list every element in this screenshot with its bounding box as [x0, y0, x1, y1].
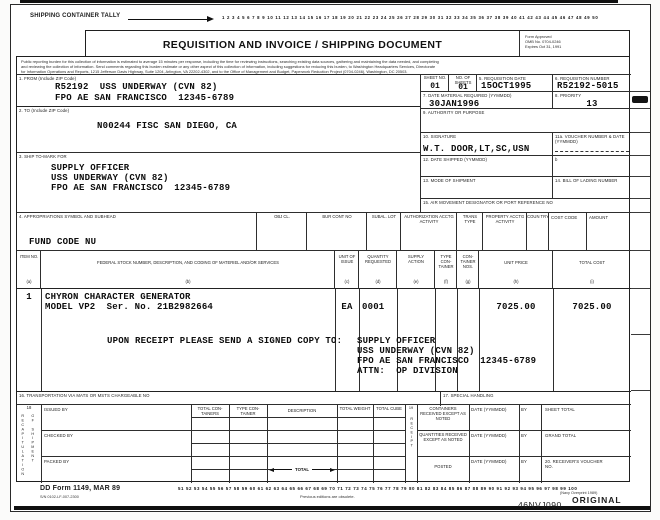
block-ship-to: 3. SHIP TO-MARK FOR SUPPLY OFFICER USS U… [17, 153, 421, 213]
title-bar: REQUISITION AND INVOICE / SHIPPING DOCUM… [85, 30, 630, 57]
item-unit-price-value: 7025.00 [479, 303, 553, 312]
item-unit-value: EA [335, 303, 359, 312]
recap-rule-8 [417, 405, 418, 483]
block-from: 1. FROM (Include ZIP Code) R52192 USS UN… [17, 75, 421, 107]
header-container-nos: CON- TAINER NOS. (g) [457, 251, 479, 289]
sheet-total-label: SHEET TOTAL [545, 407, 575, 412]
tally-arrow [128, 19, 208, 20]
cell-no-of-sheets: NO. OF SHEETS 01 [449, 75, 477, 92]
header-supply-action-label: SUPPLY ACTION [401, 255, 431, 265]
row-mode-lading: 13. MODE OF SHIPMENT 14. BILL OF LADING … [421, 177, 631, 199]
amount-label: AMOUNT [589, 215, 608, 220]
requisition-number-value: R52192-5015 [557, 82, 619, 91]
air-movement-label: 15. AIR MOVEMENT DESIGNATOR OR PORT REFE… [423, 200, 553, 205]
note-line4: FPO AE SAN FRANCISCO 12345-6789 [357, 357, 536, 366]
margin-tick-8 [631, 250, 650, 251]
appropriations-label: 4. APPROPRIATIONS SYMBOL AND SUBHEAD [19, 214, 116, 219]
recap-rule-9 [469, 405, 470, 483]
date-label-row1: DATE (YYMMDD) [471, 407, 507, 412]
total-cube-label: TOTAL CUBE [375, 407, 403, 412]
authority-label: 9. AUTHORITY OR PURPOSE [423, 110, 484, 115]
form-body: Public reporting burden for this collect… [16, 56, 630, 482]
signature-value: W.T. DOOR,LT,SC,USN [423, 145, 529, 154]
header-item-no: ITEM NO. (a) [17, 251, 41, 289]
recap-row-rule-1a [41, 430, 405, 431]
cell-voucher-b: b [553, 156, 631, 177]
voucher-number-label: 11a. VOUCHER NUMBER & DATE (YYMMDD) [555, 134, 629, 144]
item-total-cost-value: 7025.00 [553, 303, 631, 312]
tally-label: SHIPPING CONTAINER TALLY [30, 13, 120, 19]
scan-edge-top [20, 0, 618, 3]
no-of-sheets-value: 01 [449, 84, 477, 92]
cell-priority: 8. PRIORITY 13 [553, 92, 631, 109]
transportation-label: 16. TRANSPORTATION VIA MATS OR MSTS CHAR… [19, 393, 150, 398]
cell-bill-of-lading: 14. BILL OF LADING NUMBER [553, 177, 631, 199]
row-sheet-reqn: SHEET NO. 01 NO. OF SHEETS 01 5. REQUISI… [421, 75, 631, 92]
header-item-no-label: ITEM NO. [17, 255, 41, 260]
header-description-label: FEDERAL STOCK NUMBER, DESCRIPTION, AND C… [41, 261, 335, 266]
items-table-header: ITEM NO. (a) FEDERAL STOCK NUMBER, DESCR… [17, 251, 631, 289]
header-supply-action: SUPPLY ACTION (e) [397, 251, 435, 289]
margin-tick-9 [631, 288, 650, 289]
header-description: FEDERAL STOCK NUMBER, DESCRIPTION, AND C… [41, 251, 335, 289]
header-type-container-letter: (f) [435, 280, 457, 285]
recap-row-rule-2b [417, 456, 631, 457]
burden-line3: for Information Operations and Reports, … [21, 69, 627, 74]
scan-smudge [632, 96, 648, 103]
header-total-cost: TOTAL COST (i) [553, 251, 631, 289]
cell-requisition-date: 5. REQUISITION DATE 15OCT1995 [477, 75, 553, 92]
to-value: N00244 FISC SAN DIEGO, CA [97, 122, 237, 131]
cell-subal-lot: SUBAL. LOT [367, 213, 401, 251]
from-label: 1. FROM (Include ZIP Code) [19, 76, 76, 81]
auth-acctg-label: AUTHORIZATION ACCTG ACTIVITY [403, 215, 455, 225]
header-quantity-label: QUANTITY REQUESTED [363, 255, 393, 265]
item-qty-value: 0001 [362, 303, 384, 312]
cell-country: COUN TRY [527, 213, 549, 251]
quantities-received-label: QUANTITIES RECEIVED EXCEPT AS NOTED [419, 433, 467, 443]
row-material-priority: 7. DATE MATERIAL REQUIRED (YYMMDD) 30JAN… [421, 92, 631, 109]
bur-cont-no-label: BUR CONT NO [307, 215, 367, 220]
tally-numbers: 1 2 3 4 5 6 7 8 9 10 11 12 13 14 15 16 1… [222, 15, 599, 20]
voucher-dashed-line [555, 151, 629, 152]
by-label-row3: BY [521, 459, 527, 464]
date-label-row2: DATE (YYMMDD) [471, 433, 507, 438]
cell-date-shipped: 12. DATE SHIPPED (YYMMDD) [421, 156, 553, 177]
burden-statement: Public reporting burden for this collect… [17, 57, 631, 75]
item-no-value: 1 [17, 293, 41, 302]
header-quantity-letter: (d) [359, 280, 397, 285]
by-label-row1: BY [521, 407, 527, 412]
bill-of-lading-label: 14. BILL OF LADING NUMBER [555, 178, 618, 183]
type-container-label: TYPE CON- TAINER [231, 407, 265, 417]
ship-to-label: 3. SHIP TO-MARK FOR [19, 154, 67, 159]
recap-rule-11 [541, 405, 542, 483]
cell-property-acctg: PROPERTY ACCTG ACTIVITY [483, 213, 527, 251]
sheet-no-value: 01 [421, 83, 449, 91]
recap-mid-rule-2 [191, 443, 405, 444]
ship-to-line2: USS UNDERWAY (CVN 82) [51, 174, 169, 183]
margin-tick-10 [631, 334, 650, 335]
priority-label: 8. PRIORITY [555, 93, 581, 98]
cell-sheet-no: SHEET NO. 01 [421, 75, 449, 92]
recap-mid-rule-1 [191, 417, 405, 418]
cell-date-material-required: 7. DATE MATERIAL REQUIRED (YYMMDD) 30JAN… [421, 92, 553, 109]
checked-by-label: CHECKED BY [44, 433, 73, 438]
special-handling-label: 17. SPECIAL HANDLING [443, 393, 494, 398]
mode-of-shipment-label: 13. MODE OF SHIPMENT [423, 178, 476, 183]
cell-appropriations: 4. APPROPRIATIONS SYMBOL AND SUBHEAD FUN… [17, 213, 257, 251]
previous-editions-note: Previous editions are obsolete. [300, 494, 355, 499]
note-line2: SUPPLY OFFICER [357, 337, 435, 346]
recap-rule-7 [405, 405, 406, 483]
row-transportation-special: 16. TRANSPORTATION VIA MATS OR MSTS CHAR… [17, 391, 631, 405]
header-unit-of-issue-letter: (c) [335, 280, 359, 285]
margin-tick-1 [631, 91, 650, 92]
ship-to-line3: FPO AE SAN FRANCISCO 12345-6789 [51, 184, 230, 193]
header-description-letter: (b) [41, 280, 335, 285]
scanned-dd-form-1149: { "scan": { "copy": "ORIGINAL", "code": … [0, 0, 660, 520]
signature-label: 10. SIGNATURE [423, 134, 456, 139]
margin-tick-5 [631, 176, 650, 177]
requisition-date-value: 15OCT1995 [481, 82, 531, 91]
cell-special-handling: 17. SPECIAL HANDLING [441, 392, 631, 406]
header-unit-price-label: UNIT PRICE [479, 261, 553, 266]
header-unit-of-issue: UNIT OF ISSUE (c) [335, 251, 359, 289]
containers-received-label: CONTAINERS RECEIVED EXCEPT AS NOTED [419, 407, 467, 421]
issued-by-label: ISSUED BY [44, 407, 68, 412]
recap-vertical-label-1: RECAPITULATION [20, 414, 24, 482]
packed-by-label: PACKED BY [44, 459, 69, 464]
receipt-number: 19 [405, 406, 417, 410]
sheet-no-label: SHEET NO. [421, 76, 449, 81]
priority-value: 13 [553, 100, 631, 109]
header-container-nos-letter: (g) [457, 280, 479, 285]
margin-tick-6 [631, 198, 650, 199]
total-arrow-label: TOTAL [292, 467, 312, 472]
header-unit-price-letter: (h) [479, 280, 553, 285]
header-type-container: TYPE CON- TAINER (f) [435, 251, 457, 289]
margin-tick-3 [631, 132, 650, 133]
row-appropriations: 4. APPROPRIATIONS SYMBOL AND SUBHEAD FUN… [17, 213, 631, 251]
country-label: COUN TRY [527, 215, 549, 220]
recap-receipt-grid: 18 RECAPITULATION OF SHIPMENT ISSUED BY … [17, 405, 631, 483]
form-approved-box: Form Approved OMB No. 0704-0246 Expires … [519, 31, 631, 58]
ship-to-line1: SUPPLY OFFICER [51, 164, 129, 173]
total-arrow-right-icon [330, 468, 335, 472]
recap-number: 18 [17, 406, 41, 411]
stock-number: S/N 0102-LF-007-2300 [40, 495, 79, 499]
header-type-container-label: TYPE CON- TAINER [436, 255, 456, 269]
receivers-voucher-label: 20. RECEIVER'S VOUCHER NO. [545, 459, 605, 469]
cell-air-movement: 15. AIR MOVEMENT DESIGNATOR OR PORT REFE… [421, 199, 631, 213]
margin-tick-2 [631, 108, 650, 109]
cell-authority-or-purpose: 9. AUTHORITY OR PURPOSE [421, 109, 631, 133]
document-code: 46NVJ090 [518, 500, 562, 510]
header-supply-action-letter: (e) [397, 280, 435, 285]
note-line1: UPON RECEIPT PLEASE SEND A SIGNED COPY T… [107, 337, 342, 346]
cell-voucher-number: 11a. VOUCHER NUMBER & DATE (YYMMDD) [553, 133, 631, 156]
by-label-row2: BY [521, 433, 527, 438]
header-total-cost-letter: (i) [553, 280, 631, 285]
footer-numbers: 51 52 53 54 55 56 57 58 59 60 61 62 63 6… [178, 486, 577, 491]
cost-code-label: COST CODE [551, 215, 577, 220]
margin-tick-7 [631, 212, 650, 213]
margin-tick-11 [631, 390, 650, 391]
grand-total-label: GRAND TOTAL [545, 433, 576, 438]
cell-trans-type: TRANS TYPE [457, 213, 483, 251]
recap-rule-1 [41, 405, 42, 483]
margin-tick-4 [631, 155, 650, 156]
note-line5: ATTN: OP DIVISION [357, 367, 458, 376]
form-id: DD Form 1149, MAR 89 [40, 485, 120, 492]
subal-lot-label: SUBAL. LOT [367, 215, 401, 220]
cell-auth-acctg: AUTHORIZATION ACCTG ACTIVITY [401, 213, 457, 251]
header-quantity: QUANTITY REQUESTED (d) [359, 251, 397, 289]
from-value-line1: R52192 USS UNDERWAY (CVN 82) [55, 83, 217, 92]
header-container-nos-label: CON- TAINER NOS. [458, 255, 478, 269]
note-line3: USS UNDERWAY (CVN 82) [357, 347, 475, 356]
header-unit-of-issue-label: UNIT OF ISSUE [337, 255, 357, 265]
from-value-line2: FPO AE SAN FRANCISCO 12345-6789 [55, 94, 234, 103]
recap-row-rule-2a [41, 456, 405, 457]
tally-arrow-head-icon [207, 16, 214, 22]
item-description-line2: MODEL VP2 Ser. No. 21B2982664 [45, 303, 213, 312]
receipt-vertical-label: RECEIPT [409, 417, 413, 477]
item-description-line1: CHYRON CHARACTER GENERATOR [45, 293, 191, 302]
header-item-no-letter: (a) [17, 280, 41, 285]
to-label: 2. TO (Include ZIP Code) [19, 108, 69, 113]
posted-label: POSTED [419, 465, 467, 470]
date-material-required-label: 7. DATE MATERIAL REQUIRED (YYMMDD) [423, 93, 512, 98]
date-material-required-value: 30JAN1996 [429, 100, 479, 109]
cell-cost-code: COST CODE [549, 213, 587, 251]
cell-obj-cl: OBJ CL. [257, 213, 307, 251]
date-label-row3: DATE (YYMMDD) [471, 459, 507, 464]
total-arrow: TOTAL [269, 465, 335, 474]
header-unit-price: UNIT PRICE (h) [479, 251, 553, 289]
description-label: DESCRIPTION [267, 409, 337, 414]
voucher-b-label: b [555, 157, 558, 162]
form-title: REQUISITION AND INVOICE / SHIPPING DOCUM… [86, 39, 519, 51]
row-signature-voucher: 10. SIGNATURE W.T. DOOR,LT,SC,USN 11a. V… [421, 133, 631, 156]
cell-amount: AMOUNT [587, 213, 631, 251]
trans-type-label: TRANS TYPE [457, 215, 483, 225]
cell-signature: 10. SIGNATURE W.T. DOOR,LT,SC,USN [421, 133, 553, 156]
cell-transportation: 16. TRANSPORTATION VIA MATS OR MSTS CHAR… [17, 392, 441, 406]
cell-requisition-number: 6. REQUISITION NUMBER R52192-5015 [553, 75, 631, 92]
cell-bur-cont-no: BUR CONT NO [307, 213, 367, 251]
obj-cl-label: OBJ CL. [257, 215, 307, 220]
copy-type-label: ORIGINAL [572, 495, 622, 505]
cell-mode-of-shipment: 13. MODE OF SHIPMENT [421, 177, 553, 199]
row-date-shipped: 12. DATE SHIPPED (YYMMDD) b [421, 156, 631, 177]
form-approved-line3: Expires Oct 31, 1991 [525, 44, 631, 49]
recap-vertical-label-2: OF SHIPMENT [30, 414, 34, 482]
property-acctg-label: PROPERTY ACCTG ACTIVITY [485, 215, 525, 225]
total-weight-label: TOTAL WEIGHT [339, 407, 371, 412]
appropriations-value: FUND CODE NU [29, 238, 96, 247]
body-rule-item [41, 289, 42, 391]
date-shipped-label: 12. DATE SHIPPED (YYMMDD) [423, 157, 487, 162]
block-to: 2. TO (Include ZIP Code) N00244 FISC SAN… [17, 107, 421, 153]
header-total-cost-label: TOTAL COST [553, 261, 631, 266]
recap-rule-10 [519, 405, 520, 483]
recap-row-rule-1b [417, 430, 631, 431]
total-containers-label: TOTAL CON- TAINERS [193, 407, 227, 417]
